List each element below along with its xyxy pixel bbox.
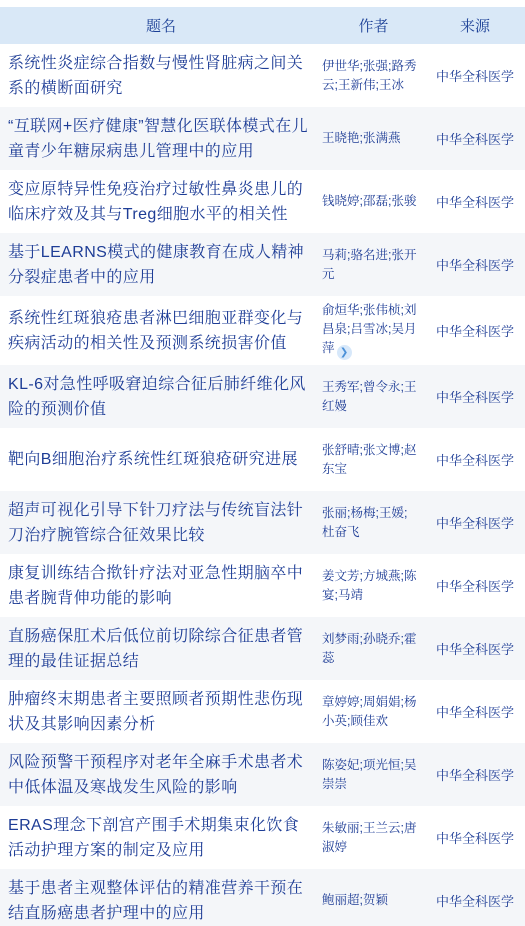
table-header: 题名 作者 来源	[0, 7, 525, 44]
source-cell[interactable]: 中华全科医学	[425, 450, 525, 469]
source-cell[interactable]: 中华全科医学	[425, 576, 525, 595]
authors-cell[interactable]: 姜文芳;方城燕;陈宴;马靖	[322, 567, 425, 605]
table-row[interactable]: 超声可视化引导下针刀疗法与传统盲法针刀治疗腕管综合征效果比较 张丽;杨梅;王媛;…	[0, 491, 525, 554]
article-title-link[interactable]: 基于患者主观整体评估的精准营养干预在结直肠癌患者护理中的应用	[0, 876, 322, 926]
column-header-authors: 作者	[322, 15, 425, 36]
source-cell[interactable]: 中华全科医学	[425, 765, 525, 784]
table-row[interactable]: 肿瘤终末期患者主要照顾者预期性悲伤现状及其影响因素分析 章婷婷;周娟娟;杨小英;…	[0, 680, 525, 743]
authors-cell[interactable]: 王秀军;曾令永;王红嫚	[322, 378, 425, 416]
source-cell[interactable]: 中华全科医学	[425, 387, 525, 406]
table-row[interactable]: KL-6对急性呼吸窘迫综合征后肺纤维化风险的预测价值 王秀军;曾令永;王红嫚 中…	[0, 365, 525, 428]
table-row[interactable]: 靶向B细胞治疗系统性红斑狼疮研究进展 张舒晴;张文博;赵东宝 中华全科医学	[0, 428, 525, 491]
source-cell[interactable]: 中华全科医学	[425, 639, 525, 658]
table-row[interactable]: 系统性红斑狼疮患者淋巴细胞亚群变化与疾病活动的相关性及预测系统损害价值 俞烜华;…	[0, 296, 525, 365]
authors-cell[interactable]: 陈姿妃;项光恒;吴崇崇	[322, 756, 425, 794]
source-cell[interactable]: 中华全科医学	[425, 513, 525, 532]
article-title-link[interactable]: 肿瘤终末期患者主要照顾者预期性悲伤现状及其影响因素分析	[0, 687, 322, 737]
source-cell[interactable]: 中华全科医学	[425, 891, 525, 910]
authors-cell[interactable]: 张丽;杨梅;王媛;杜奋飞	[322, 504, 425, 542]
table-row[interactable]: 康复训练结合揿针疗法对亚急性期脑卒中患者腕背伸功能的影响 姜文芳;方城燕;陈宴;…	[0, 554, 525, 617]
authors-cell[interactable]: 钱晓婷;邵磊;张骏	[322, 192, 425, 211]
top-margin-strip	[0, 0, 525, 7]
table-row[interactable]: 直肠癌保肛术后低位前切除综合征患者管理的最佳证据总结 刘梦雨;孙晓乔;霍蕊 中华…	[0, 617, 525, 680]
article-title-link[interactable]: ERAS理念下剖宫产围手术期集束化饮食活动护理方案的制定及应用	[0, 813, 322, 863]
article-title-link[interactable]: KL-6对急性呼吸窘迫综合征后肺纤维化风险的预测价值	[0, 372, 322, 422]
column-header-title: 题名	[0, 15, 322, 36]
authors-cell[interactable]: 张舒晴;张文博;赵东宝	[322, 441, 425, 479]
article-title-link[interactable]: 靶向B细胞治疗系统性红斑狼疮研究进展	[0, 447, 322, 472]
article-title-link[interactable]: 变应原特异性免疫治疗过敏性鼻炎患儿的临床疗效及其与Treg细胞水平的相关性	[0, 177, 322, 227]
table-row[interactable]: 基于患者主观整体评估的精准营养干预在结直肠癌患者护理中的应用 鲍丽超;贺颖 中华…	[0, 869, 525, 926]
table-row[interactable]: 基于LEARNS模式的健康教育在成人精神分裂症患者中的应用 马莉;骆名进;张开元…	[0, 233, 525, 296]
table-row[interactable]: ERAS理念下剖宫产围手术期集束化饮食活动护理方案的制定及应用 朱敏丽;王兰云;…	[0, 806, 525, 869]
authors-cell[interactable]: 朱敏丽;王兰云;唐淑婷	[322, 819, 425, 857]
article-title-link[interactable]: 超声可视化引导下针刀疗法与传统盲法针刀治疗腕管综合征效果比较	[0, 498, 322, 548]
source-cell[interactable]: 中华全科医学	[425, 192, 525, 211]
article-title-link[interactable]: 康复训练结合揿针疗法对亚急性期脑卒中患者腕背伸功能的影响	[0, 561, 322, 611]
table-row[interactable]: 风险预警干预程序对老年全麻手术患者术中低体温及寒战发生风险的影响 陈姿妃;项光恒…	[0, 743, 525, 806]
authors-text: 俞烜华;张伟桢;刘昌泉;吕雪冰;吴月萍	[322, 303, 416, 355]
authors-cell[interactable]: 刘梦雨;孙晓乔;霍蕊	[322, 630, 425, 668]
authors-cell[interactable]: 伊世华;张强;路秀云;王新伟;王冰	[322, 57, 425, 95]
column-header-source: 来源	[425, 15, 525, 36]
source-cell[interactable]: 中华全科医学	[425, 702, 525, 721]
article-title-link[interactable]: 系统性红斑狼疮患者淋巴细胞亚群变化与疾病活动的相关性及预测系统损害价值	[0, 306, 322, 356]
source-cell[interactable]: 中华全科医学	[425, 255, 525, 274]
table-row[interactable]: 系统性炎症综合指数与慢性肾脏病之间关系的横断面研究 伊世华;张强;路秀云;王新伟…	[0, 44, 525, 107]
source-cell[interactable]: 中华全科医学	[425, 321, 525, 340]
article-title-link[interactable]: 直肠癌保肛术后低位前切除综合征患者管理的最佳证据总结	[0, 624, 322, 674]
authors-cell[interactable]: 鲍丽超;贺颖	[322, 891, 425, 910]
authors-cell[interactable]: 章婷婷;周娟娟;杨小英;顾佳欢	[322, 693, 425, 731]
table-row[interactable]: “互联网+医疗健康”智慧化医联体模式在儿童青少年糖尿病患儿管理中的应用 王晓艳;…	[0, 107, 525, 170]
chevron-right-icon[interactable]: ❯	[337, 345, 352, 360]
authors-cell[interactable]: 马莉;骆名进;张开元	[322, 246, 425, 284]
table-row[interactable]: 变应原特异性免疫治疗过敏性鼻炎患儿的临床疗效及其与Treg细胞水平的相关性 钱晓…	[0, 170, 525, 233]
source-cell[interactable]: 中华全科医学	[425, 828, 525, 847]
authors-cell[interactable]: 王晓艳;张满燕	[322, 129, 425, 148]
source-cell[interactable]: 中华全科医学	[425, 66, 525, 85]
source-cell[interactable]: 中华全科医学	[425, 129, 525, 148]
article-title-link[interactable]: 系统性炎症综合指数与慢性肾脏病之间关系的横断面研究	[0, 51, 322, 101]
article-title-link[interactable]: “互联网+医疗健康”智慧化医联体模式在儿童青少年糖尿病患儿管理中的应用	[0, 114, 322, 164]
article-list: 系统性炎症综合指数与慢性肾脏病之间关系的横断面研究 伊世华;张强;路秀云;王新伟…	[0, 44, 525, 926]
authors-cell[interactable]: 俞烜华;张伟桢;刘昌泉;吕雪冰;吴月萍❯	[322, 301, 425, 360]
article-title-link[interactable]: 基于LEARNS模式的健康教育在成人精神分裂症患者中的应用	[0, 240, 322, 290]
article-title-link[interactable]: 风险预警干预程序对老年全麻手术患者术中低体温及寒战发生风险的影响	[0, 750, 322, 800]
